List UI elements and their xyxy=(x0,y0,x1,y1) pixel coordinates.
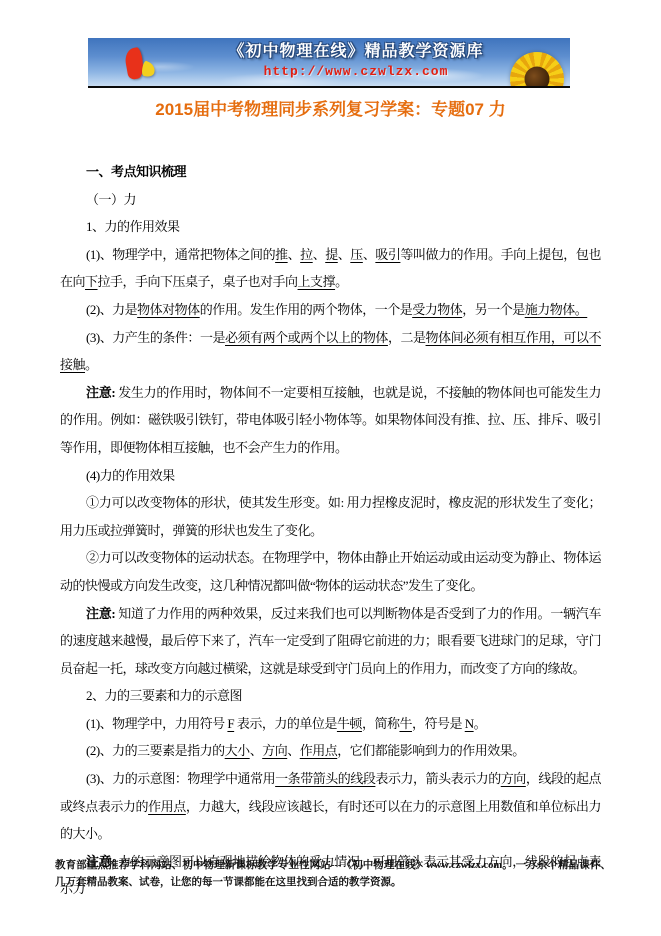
text-run: 拉手，手向下压桌子，桌子也对手向 xyxy=(98,274,298,289)
text-run: 下 xyxy=(85,274,98,289)
text-run: 拉 xyxy=(300,247,313,262)
text-run: 注意: xyxy=(86,606,115,621)
text-run: 作用点 xyxy=(148,799,186,814)
text-run: 作用点 xyxy=(300,743,338,758)
text-run: ，另一个是 xyxy=(462,302,525,317)
site-banner: 《初中物理在线》精品教学资源库 http://www.czwlzx.com xyxy=(88,38,570,88)
text-run: N xyxy=(465,716,474,731)
text-run: (2)、力的三要素是指力的 xyxy=(86,743,225,758)
text-run: 。 xyxy=(335,274,348,289)
text-run: 、 xyxy=(250,743,263,758)
text-run: (3)、力的示意图：物理学中通常用 xyxy=(86,771,275,786)
text-run: 施力物体。 xyxy=(525,302,588,317)
text-run: 吸引 xyxy=(375,247,400,262)
text-run: 、 xyxy=(287,743,300,758)
text-run: ，简称 xyxy=(362,716,400,731)
text-run: 一条带箭头的线段 xyxy=(275,771,375,786)
text-run: 受力物体 xyxy=(412,302,462,317)
paragraph: (3)、力产生的条件：一是必须有两个或两个以上的物体，二是物体间必须有相互作用，… xyxy=(60,324,601,379)
sub-heading: 1、力的作用效果 xyxy=(60,213,601,241)
text-run: 、 xyxy=(363,247,376,262)
text-run: 方向 xyxy=(501,771,526,786)
paragraph: ①力可以改变物体的形状，使其发生形变。如: 用力捏橡皮泥时，橡皮泥的形状发生了变… xyxy=(60,489,601,544)
text-run: 、 xyxy=(288,247,301,262)
flame-yellow-shape xyxy=(140,60,157,78)
document-body: 一、考点知识梳理（一）力1、力的作用效果(1)、物理学中，通常把物体之间的推、拉… xyxy=(60,158,601,903)
text-run: ②力可以改变物体的运动状态。在物理学中，物体由静止开始运动或由运动变为静止、物体… xyxy=(60,550,601,593)
document-page: 《初中物理在线》精品教学资源库 http://www.czwlzx.com 20… xyxy=(0,0,661,936)
text-run: (4)力的作用效果 xyxy=(86,468,175,483)
text-run: 方向 xyxy=(262,743,287,758)
page-footer: 教育部重点推荐学科网站、初中物理新课标教学专业性网站---《初中物理在线》www… xyxy=(55,858,611,891)
text-run: 。 xyxy=(85,357,98,372)
text-run: （一）力 xyxy=(86,192,136,207)
text-run: ，它们都能影响到力的作用效果。 xyxy=(337,743,525,758)
note-paragraph: 注意: 发生力的作用时，物体间不一定要相互接触，也就是说，不接触的物体间也可能发… xyxy=(60,379,601,462)
banner-site-title: 《初中物理在线》精品教学资源库 xyxy=(206,41,506,63)
text-run: 表示，力的单位是 xyxy=(234,716,337,731)
text-run: ①力可以改变物体的形状，使其发生形变。如: 用力捏橡皮泥时，橡皮泥的形状发生了变… xyxy=(60,495,601,538)
text-run: 物体对物体 xyxy=(137,302,200,317)
text-run: 必须有两个或两个以上的物体 xyxy=(225,330,388,345)
text-run: 表示力，箭头表示力的 xyxy=(375,771,500,786)
note-paragraph: 注意: 知道了力作用的两种效果，反过来我们也可以判断物体是否受到了力的作用。一辆… xyxy=(60,600,601,683)
text-run: 的作用。发生作用的两个物体，一个是 xyxy=(200,302,413,317)
paragraph: ②力可以改变物体的运动状态。在物理学中，物体由静止开始运动或由运动变为静止、物体… xyxy=(60,544,601,599)
text-run: (1)、物理学中，力用符号 xyxy=(86,716,227,731)
paragraph: (1)、物理学中，力用符号 F 表示，力的单位是牛顿，简称牛，符号是 N。 xyxy=(60,710,601,738)
text-run: ，二是 xyxy=(388,330,426,345)
text-run: 注意: xyxy=(86,385,115,400)
text-run: 、 xyxy=(313,247,326,262)
section-heading: 一、考点知识梳理 xyxy=(60,158,601,186)
text-run: (3)、力产生的条件：一是 xyxy=(86,330,225,345)
text-run: 知道了力作用的两种效果，反过来我们也可以判断物体是否受到了力的作用。一辆汽车的速… xyxy=(60,606,601,676)
text-run: 一、考点知识梳理 xyxy=(86,164,186,179)
text-run: 发生力的作用时，物体间不一定要相互接触，也就是说，不接触的物体间也可能发生力的作… xyxy=(60,385,601,455)
sub-heading: 2、力的三要素和力的示意图 xyxy=(60,682,601,710)
text-run: ，符号是 xyxy=(412,716,465,731)
text-run: 压 xyxy=(350,247,363,262)
text-run: 。 xyxy=(474,716,487,731)
banner-text-block: 《初中物理在线》精品教学资源库 http://www.czwlzx.com xyxy=(206,41,506,80)
text-run: 1、力的作用效果 xyxy=(86,219,180,234)
document-title: 2015届中考物理同步系列复习学案：专题07 力 xyxy=(0,98,661,122)
banner-site-url: http://www.czwlzx.com xyxy=(206,63,506,80)
sub-heading: (4)力的作用效果 xyxy=(60,462,601,490)
text-run: 牛 xyxy=(399,716,412,731)
paragraph: (3)、力的示意图：物理学中通常用一条带箭头的线段表示力，箭头表示力的方向，线段… xyxy=(60,765,601,848)
text-run: 大小 xyxy=(225,743,250,758)
text-run: 、 xyxy=(338,247,351,262)
text-run: 上支撑 xyxy=(298,274,336,289)
sunflower-center xyxy=(525,67,550,89)
text-run: 推 xyxy=(275,247,288,262)
text-run: 牛顿 xyxy=(337,716,362,731)
paragraph: (2)、力是物体对物体的作用。发生作用的两个物体，一个是受力物体，另一个是施力物… xyxy=(60,296,601,324)
paragraph: (2)、力的三要素是指力的大小、方向、作用点，它们都能影响到力的作用效果。 xyxy=(60,737,601,765)
text-run: (2)、力是 xyxy=(86,302,137,317)
text-run: 提 xyxy=(325,247,338,262)
paragraph: (1)、物理学中，通常把物体之间的推、拉、提、压、吸引等叫做力的作用。手向上提包… xyxy=(60,241,601,296)
sub-heading: （一）力 xyxy=(60,186,601,214)
text-run: (1)、物理学中，通常把物体之间的 xyxy=(86,247,275,262)
sunflower-icon xyxy=(510,52,564,88)
site-logo-flame-icon xyxy=(120,46,160,84)
text-run: 2、力的三要素和力的示意图 xyxy=(86,688,242,703)
